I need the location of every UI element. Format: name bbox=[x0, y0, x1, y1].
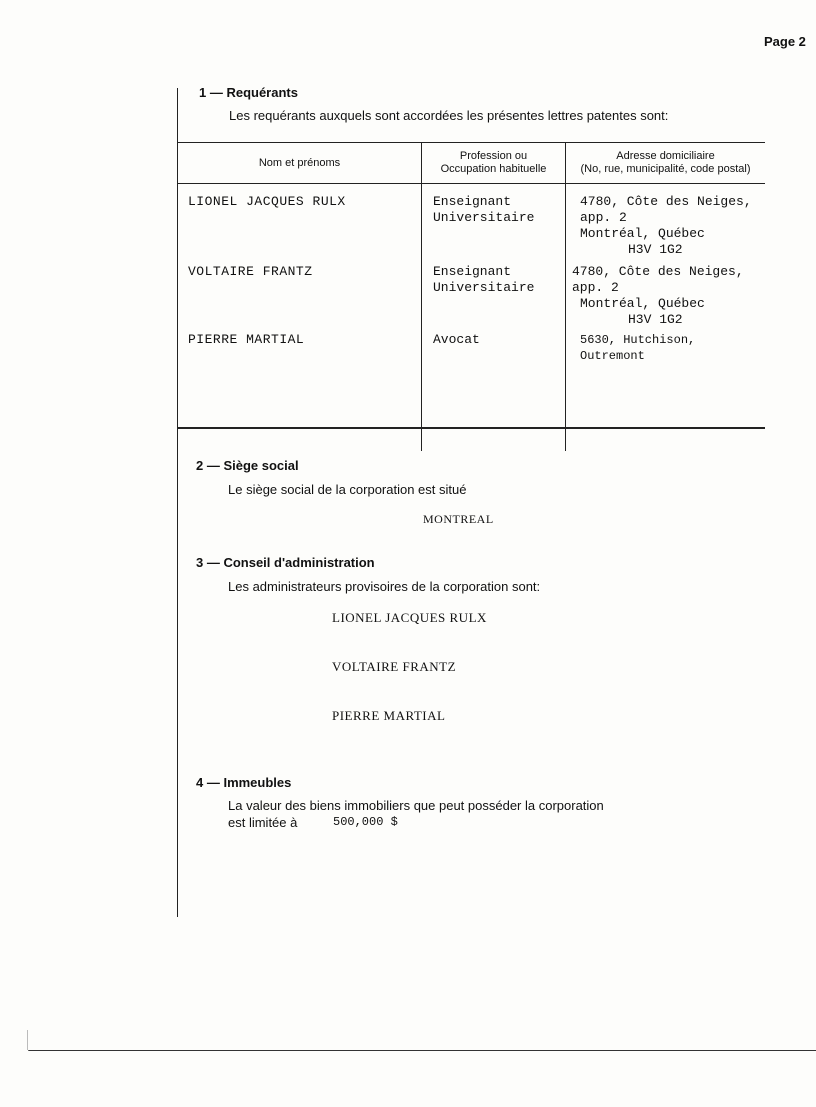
section-3-title: 3 — Conseil d'administration bbox=[196, 555, 375, 570]
page-bottom-edge bbox=[28, 1050, 816, 1051]
applicant-profession-line: Avocat bbox=[433, 332, 565, 348]
applicant-postal-code: H3V 1G2 bbox=[580, 242, 765, 258]
section-2-intro: Le siège social de la corporation est si… bbox=[228, 482, 466, 497]
section-1-title: 1 — Requérants bbox=[199, 85, 298, 100]
applicant-address-line: 4780, Côte des Neiges, app. 2 bbox=[572, 264, 765, 296]
column-header-profession: Profession ou Occupation habituelle bbox=[422, 143, 566, 184]
header-address-line2: (No, rue, municipalité, code postal) bbox=[581, 163, 751, 175]
applicant-address-line: Montréal, Québec bbox=[572, 296, 765, 312]
applicant-name: LIONEL JACQUES RULX bbox=[178, 184, 421, 210]
column-header-address: Adresse domiciliaire (No, rue, municipal… bbox=[566, 143, 766, 184]
header-profession-line2: Occupation habituelle bbox=[441, 163, 547, 175]
property-limit-label: est limitée à bbox=[228, 815, 297, 830]
applicant-address-line: 4780, Côte des Neiges, app. 2 bbox=[580, 194, 765, 226]
table-header-row: Nom et prénoms Profession ou Occupation … bbox=[178, 143, 765, 184]
applicant-profession-line: Enseignant bbox=[433, 194, 565, 210]
applicant-address-line: Montréal, Québec bbox=[580, 226, 765, 242]
section-3-intro: Les administrateurs provisoires de la co… bbox=[228, 579, 540, 594]
administrator-name: LIONEL JACQUES RULX bbox=[332, 610, 487, 626]
section-4-intro: La valeur des biens immobiliers que peut… bbox=[228, 798, 604, 813]
administrator-name: PIERRE MARTIAL bbox=[332, 708, 445, 724]
head-office-city: MONTREAL bbox=[423, 512, 494, 527]
applicant-postal-code: H3V 1G2 bbox=[572, 312, 765, 328]
table-row: VOLTAIRE FRANTZ Enseignant Universitaire… bbox=[178, 258, 765, 328]
page-edge-corner bbox=[27, 1030, 28, 1050]
applicant-name: VOLTAIRE FRANTZ bbox=[178, 258, 421, 280]
applicant-profession-line: Enseignant bbox=[433, 264, 565, 280]
applicant-address-line: 5630, Hutchison, Outremont bbox=[580, 332, 765, 364]
header-profession-line1: Profession ou bbox=[460, 150, 527, 162]
header-name-label: Nom et prénoms bbox=[259, 157, 340, 169]
section-1-intro: Les requérants auxquels sont accordées l… bbox=[229, 108, 668, 123]
applicant-profession-line: Universitaire bbox=[433, 210, 565, 226]
applicant-profession-line: Universitaire bbox=[433, 280, 565, 296]
section-2-title: 2 — Siège social bbox=[196, 458, 299, 473]
applicants-table: Nom et prénoms Profession ou Occupation … bbox=[178, 142, 765, 451]
page-number: Page 2 bbox=[764, 34, 806, 49]
column-header-name: Nom et prénoms bbox=[178, 143, 422, 184]
section-4-title: 4 — Immeubles bbox=[196, 775, 291, 790]
header-address-line1: Adresse domiciliaire bbox=[616, 150, 714, 162]
property-limit-value: 500,000 $ bbox=[333, 815, 398, 829]
table-row: PIERRE MARTIAL Avocat 5630, Hutchison, O… bbox=[178, 328, 765, 451]
table-row: LIONEL JACQUES RULX Enseignant Universit… bbox=[178, 184, 765, 259]
administrator-name: VOLTAIRE FRANTZ bbox=[332, 659, 456, 675]
table-bottom-rule bbox=[178, 427, 765, 429]
applicant-name: PIERRE MARTIAL bbox=[178, 328, 421, 348]
